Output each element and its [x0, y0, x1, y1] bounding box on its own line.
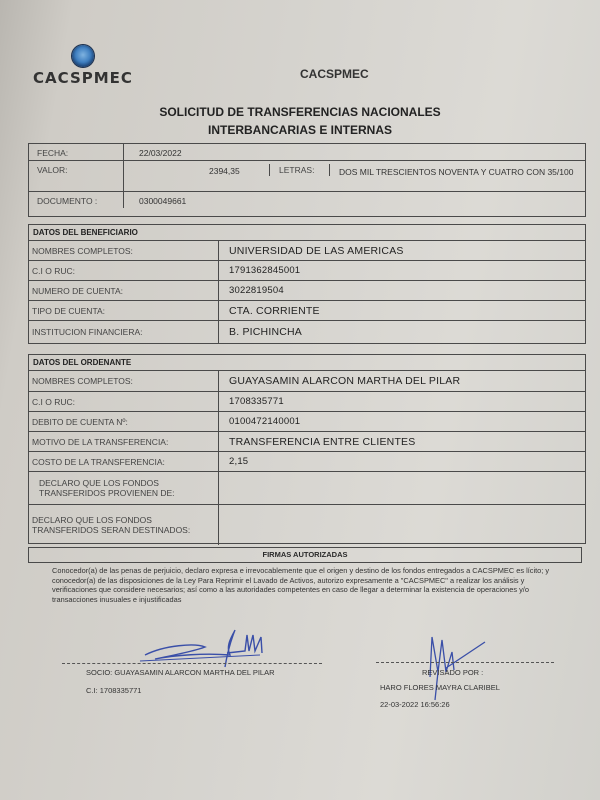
documento-label: DOCUMENTO : [37, 196, 97, 206]
field-value: UNIVERSIDAD DE LAS AMERICAS [219, 241, 585, 260]
revisor-name: HARO FLORES MAYRA CLARIBEL [380, 683, 500, 692]
socio-name: SOCIO: GUAYASAMIN ALARCON MARTHA DEL PIL… [86, 668, 275, 677]
fecha-row: FECHA: 22/03/2022 [29, 144, 585, 161]
field-label: DEBITO DE CUENTA Nº: [29, 412, 219, 431]
documento-row: DOCUMENTO : 0300049661 [29, 192, 585, 208]
table-row: NUMERO DE CUENTA: 3022819504 [29, 281, 585, 301]
ordenante-title: DATOS DEL ORDENANTE [29, 355, 585, 371]
field-value: CTA. CORRIENTE [219, 301, 585, 320]
documento-value: 0300049661 [139, 196, 186, 206]
table-row: COSTO DE LA TRANSFERENCIA: 2,15 [29, 452, 585, 472]
field-label: NOMBRES COMPLETOS: [29, 241, 219, 260]
document-title-line2: INTERBANCARIAS E INTERNAS [0, 123, 600, 137]
field-label: C.I O RUC: [29, 392, 219, 411]
revision-datetime: 22-03-2022 16:56:26 [380, 700, 450, 709]
field-label: DECLARO QUE LOS FONDOS TRANSFERIDOS PROV… [29, 472, 219, 504]
valor-label: VALOR: [37, 165, 68, 175]
fecha-label: FECHA: [37, 148, 68, 158]
table-row: DECLARO QUE LOS FONDOS TRANSFERIDOS SERA… [29, 505, 585, 545]
table-row: MOTIVO DE LA TRANSFERENCIA: TRANSFERENCI… [29, 432, 585, 452]
valor-value: 2394,35 [209, 166, 240, 176]
table-row: NOMBRES COMPLETOS: GUAYASAMIN ALARCON MA… [29, 371, 585, 392]
revisor-signature-line [376, 662, 554, 663]
field-value: GUAYASAMIN ALARCON MARTHA DEL PILAR [219, 371, 585, 391]
field-value: 0100472140001 [219, 412, 585, 431]
table-row: NOMBRES COMPLETOS: UNIVERSIDAD DE LAS AM… [29, 241, 585, 261]
legal-declaration: Conocedor(a) de las penas de perjuicio, … [52, 566, 552, 604]
fecha-value: 22/03/2022 [139, 148, 182, 158]
brand-name: CACSPMEC [300, 67, 440, 81]
socio-ci: C.I: 1708335771 [86, 686, 141, 695]
field-value: TRANSFERENCIA ENTRE CLIENTES [219, 432, 585, 451]
field-value[interactable] [219, 472, 585, 504]
document-title-line1: SOLICITUD DE TRANSFERENCIAS NACIONALES [0, 105, 600, 119]
letras-value: DOS MIL TRESCIENTOS NOVENTA Y CUATRO CON… [339, 167, 579, 177]
field-value: 3022819504 [219, 281, 585, 300]
field-label: C.I O RUC: [29, 261, 219, 280]
logo-emblem-icon [72, 45, 94, 67]
field-label: INSTITUCION FINANCIERA: [29, 321, 219, 343]
beneficiario-title: DATOS DEL BENEFICIARIO [29, 225, 585, 241]
field-value[interactable] [219, 505, 585, 545]
field-value: B. PICHINCHA [219, 321, 585, 343]
letras-label: LETRAS: [279, 165, 314, 175]
firmas-header: FIRMAS AUTORIZADAS [28, 547, 582, 563]
socio-signature-line [62, 663, 322, 664]
field-value: 1708335771 [219, 392, 585, 411]
field-label: NOMBRES COMPLETOS: [29, 371, 219, 391]
beneficiario-section: DATOS DEL BENEFICIARIO NOMBRES COMPLETOS… [28, 224, 586, 344]
table-row: C.I O RUC: 1708335771 [29, 392, 585, 412]
table-row: INSTITUCION FINANCIERA: B. PICHINCHA [29, 321, 585, 343]
field-value: 2,15 [219, 452, 585, 471]
table-row: DEBITO DE CUENTA Nº: 0100472140001 [29, 412, 585, 432]
ordenante-section: DATOS DEL ORDENANTE NOMBRES COMPLETOS: G… [28, 354, 586, 544]
field-label: NUMERO DE CUENTA: [29, 281, 219, 300]
valor-row: VALOR: 2394,35 LETRAS: DOS MIL TRESCIENT… [29, 161, 585, 192]
logo: CACSPMEC [28, 45, 138, 87]
field-label: MOTIVO DE LA TRANSFERENCIA: [29, 432, 219, 451]
table-row: C.I O RUC: 1791362845001 [29, 261, 585, 281]
field-value: 1791362845001 [219, 261, 585, 280]
field-label: TIPO DE CUENTA: [29, 301, 219, 320]
table-row: TIPO DE CUENTA: CTA. CORRIENTE [29, 301, 585, 321]
field-label: COSTO DE LA TRANSFERENCIA: [29, 452, 219, 471]
summary-box: FECHA: 22/03/2022 VALOR: 2394,35 LETRAS:… [28, 143, 586, 217]
table-row: DECLARO QUE LOS FONDOS TRANSFERIDOS PROV… [29, 472, 585, 505]
field-label: DECLARO QUE LOS FONDOS TRANSFERIDOS SERA… [29, 505, 219, 545]
revisado-label: REVISADO POR : [422, 668, 483, 677]
logo-text: CACSPMEC [28, 69, 138, 87]
